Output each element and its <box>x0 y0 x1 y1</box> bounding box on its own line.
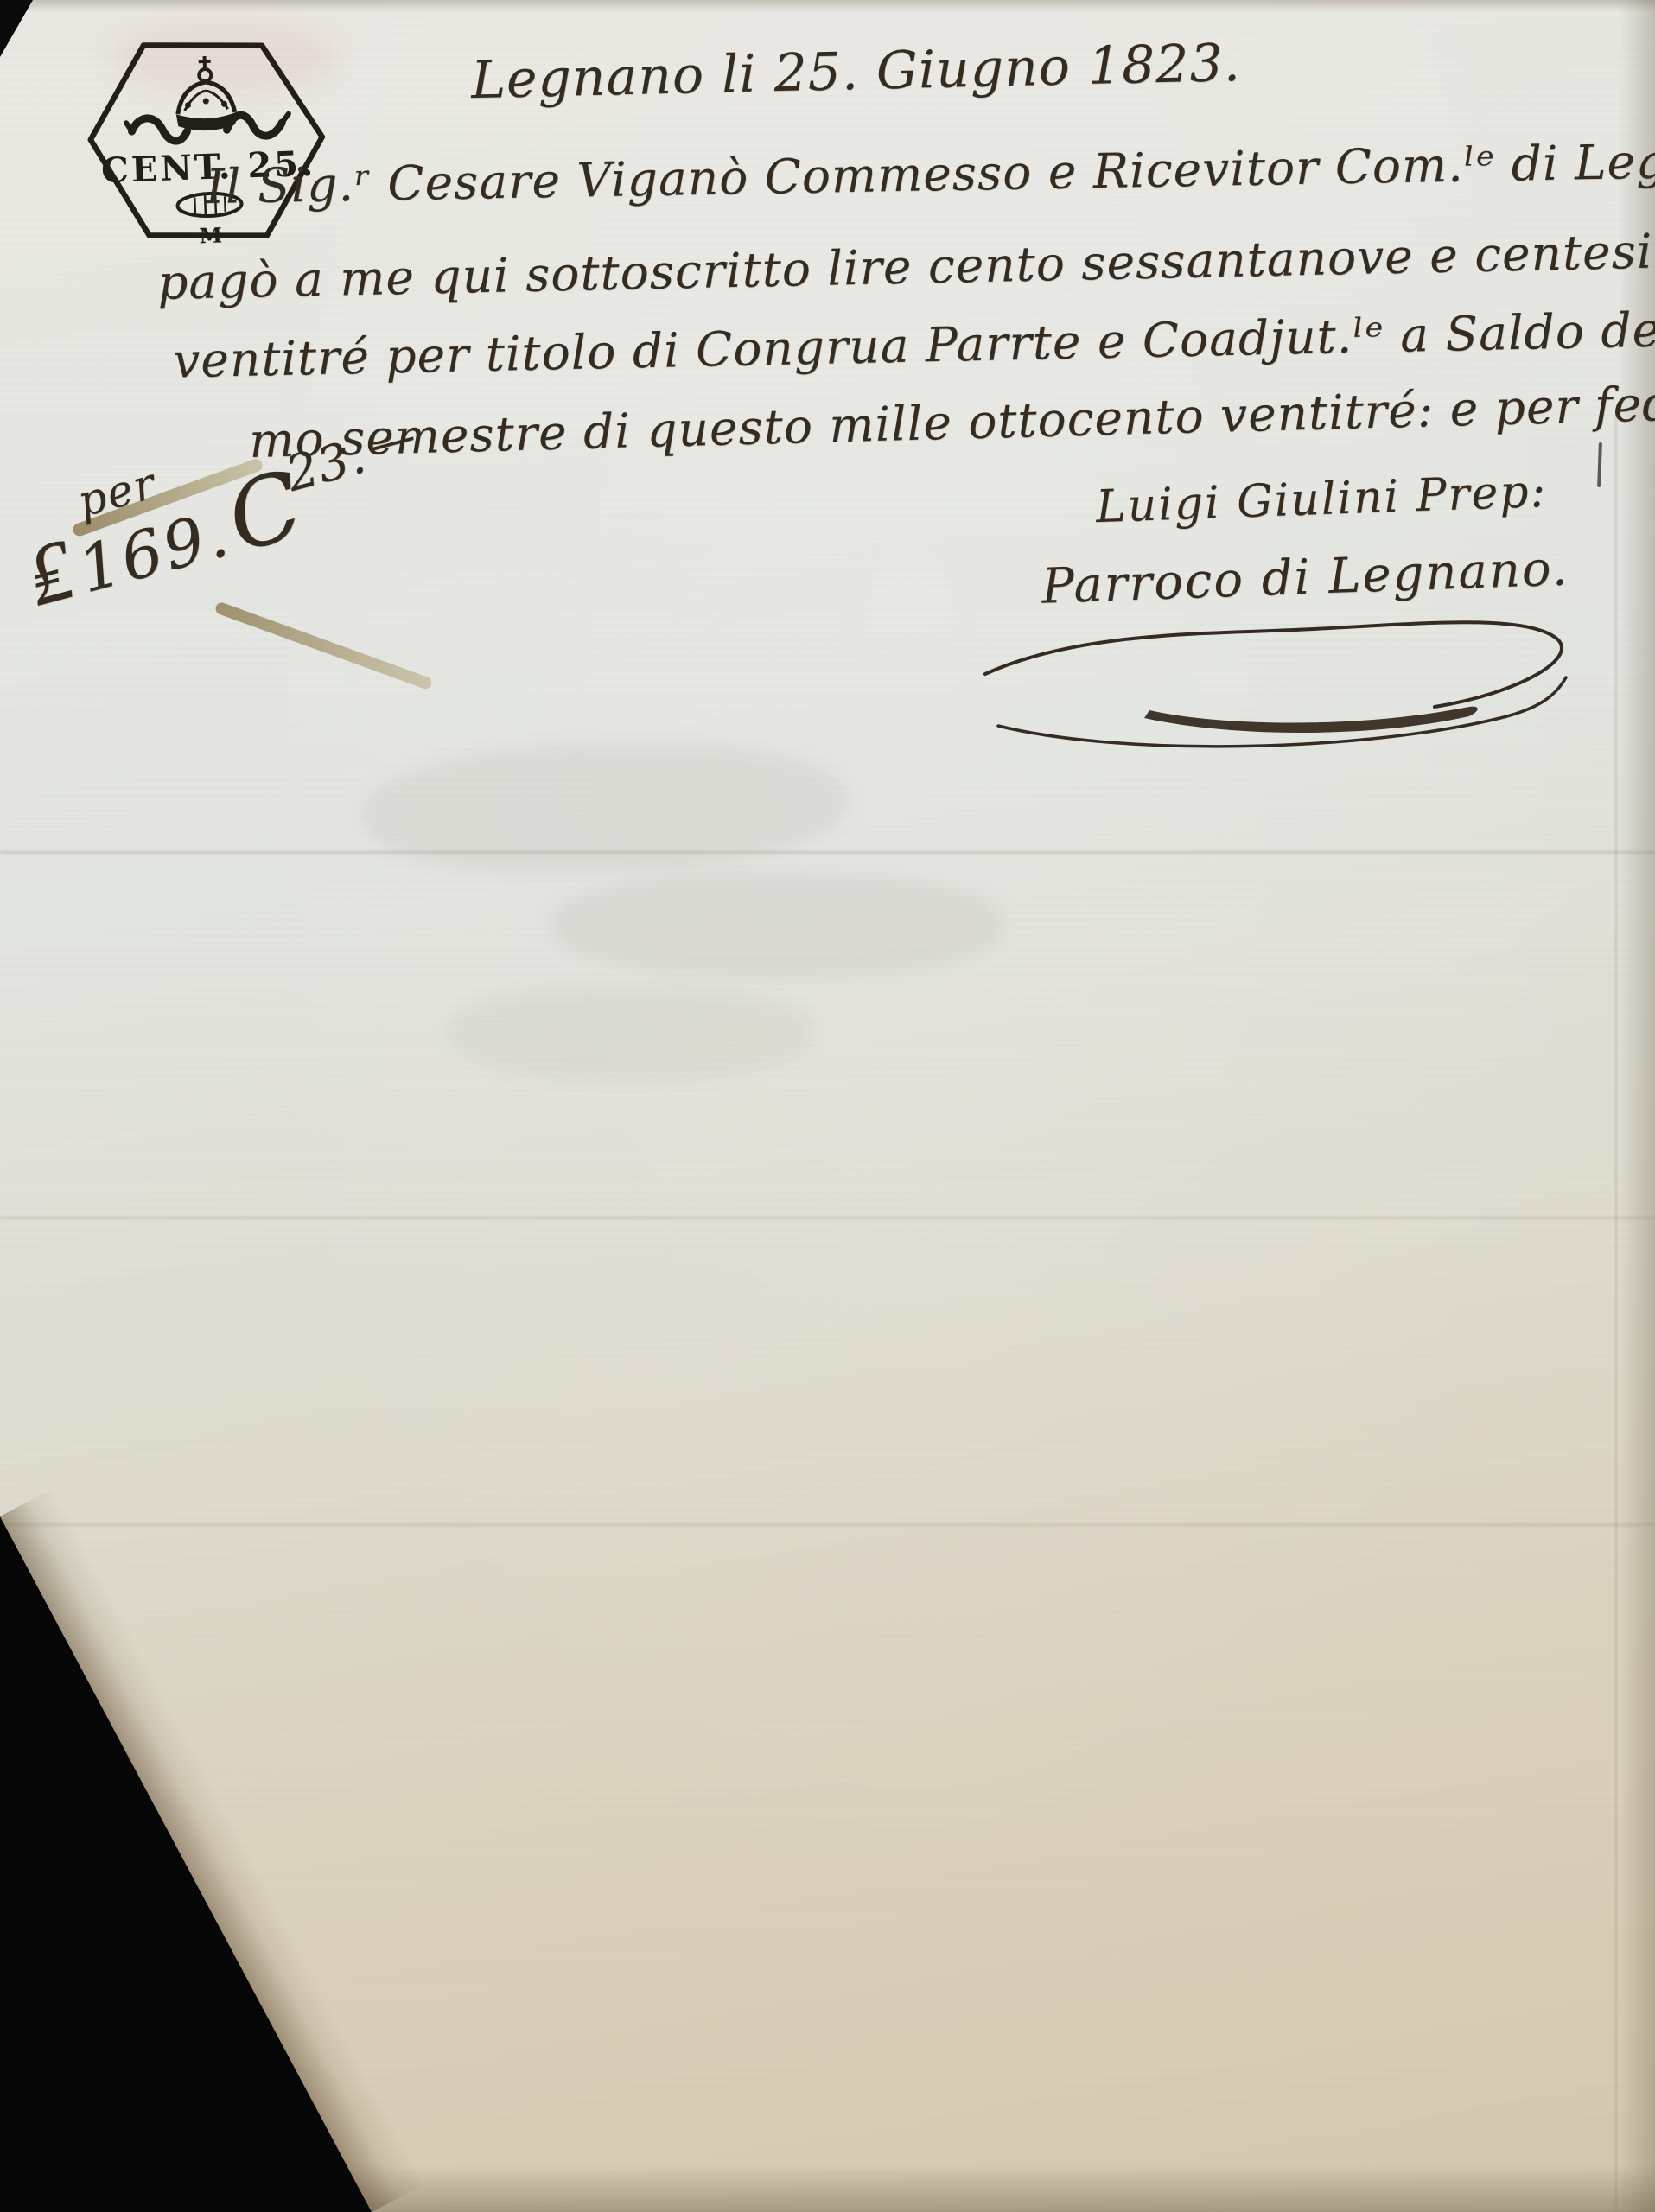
paper-edge-top <box>0 0 1655 12</box>
date-line: Legnano li 25. Giugno 1823. <box>470 33 1241 111</box>
amount-dash: — <box>360 407 423 474</box>
paper-edge-bottom <box>0 2164 1655 2212</box>
signature-name: Luigi Giulini Prep: <box>1095 466 1548 533</box>
amount-row: ₤ 169. C 23. — <box>16 425 436 621</box>
handwritten-line-1: Il Sig.ʳ Cesare Viganò Commesso e Ricevi… <box>206 131 1655 214</box>
fold-crease-1 <box>0 851 1655 854</box>
vertical-crease <box>1615 415 1617 2212</box>
ink-showthrough <box>449 985 812 1080</box>
revenue-stamp: CENT. 25. M <box>79 26 337 259</box>
amount-annotation: per ₤ 169. C 23. — <box>6 370 524 741</box>
handwritten-line-3: ventitré per titolo di Congrua Parrte e … <box>173 300 1655 389</box>
fold-crease-3 <box>0 1523 1655 1526</box>
handwritten-line-2: pagò a me qui sottoscritto lire cento se… <box>157 222 1655 310</box>
amount-cents: 23. <box>281 428 372 503</box>
ink-showthrough <box>361 734 850 880</box>
photo-background: CENT. 25. M Legnano li 25. Giugno 1823. … <box>0 0 1655 2212</box>
fold-crease-2 <box>0 1217 1655 1219</box>
amount-lire: 169. <box>71 497 238 608</box>
signature-flourish <box>951 596 1607 769</box>
ink-mark <box>1597 442 1602 487</box>
torn-corner-shadow <box>0 1488 425 2212</box>
document-page: CENT. 25. M Legnano li 25. Giugno 1823. … <box>0 0 1655 2212</box>
ink-showthrough <box>553 873 1003 976</box>
stamp-mint-letter: M <box>199 222 223 248</box>
